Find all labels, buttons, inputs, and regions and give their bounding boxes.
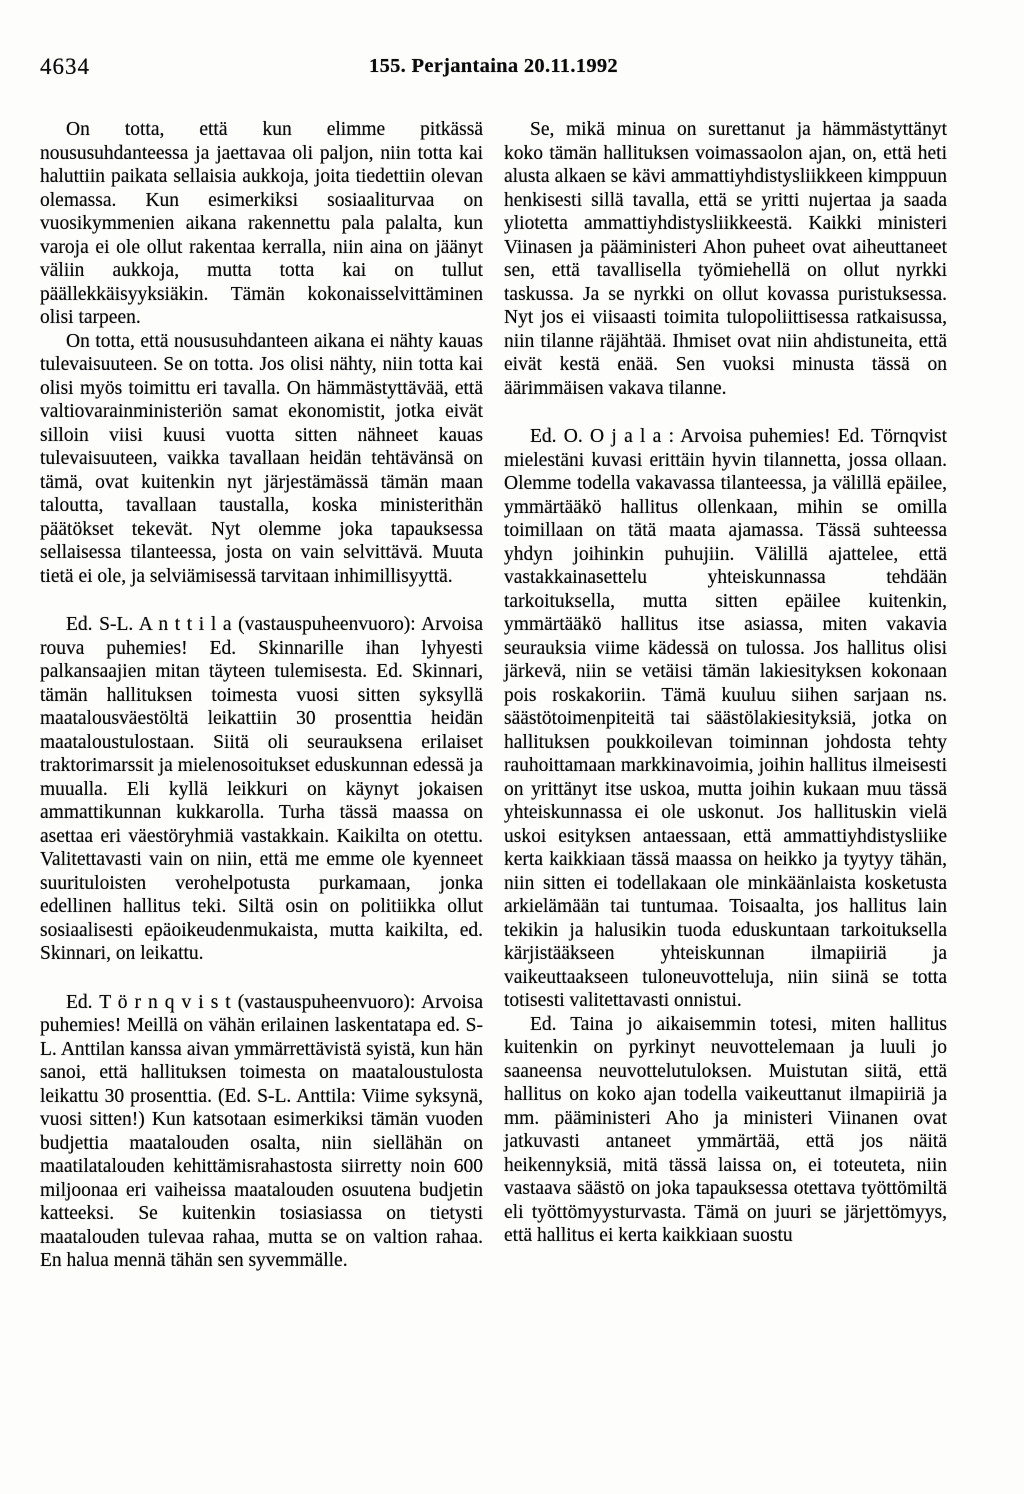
text-column-left: On totta, että kun elimme pitkässä nousu… [40,118,483,1273]
speech-paragraph: Ed. S-L. A n t t i l a (vastauspuheenvuo… [40,613,483,966]
document-page: 4634 155. Perjantaina 20.11.1992 On tott… [0,0,1024,1494]
paragraph: On totta, että kun elimme pitkässä nousu… [40,118,483,330]
speech-paragraph: Ed. O. O j a l a : Arvoisa puhemies! Ed.… [504,425,947,1013]
paragraph: On totta, että noususuhdanteen aikana ei… [40,330,483,589]
speech-paragraph: Ed. T ö r n q v i s t (vastauspuheenvuor… [40,991,483,1273]
paragraph: Se, mikä minua on surettanut ja hämmästy… [504,118,947,400]
page-title: 155. Perjantaina 20.11.1992 [40,55,947,78]
text-columns: On totta, että kun elimme pitkässä nousu… [40,118,947,1273]
paragraph: Ed. Taina jo aikaisemmin totesi, miten h… [504,1013,947,1248]
page-header: 4634 155. Perjantaina 20.11.1992 [40,54,947,84]
text-column-right: Se, mikä minua on surettanut ja hämmästy… [504,118,947,1273]
